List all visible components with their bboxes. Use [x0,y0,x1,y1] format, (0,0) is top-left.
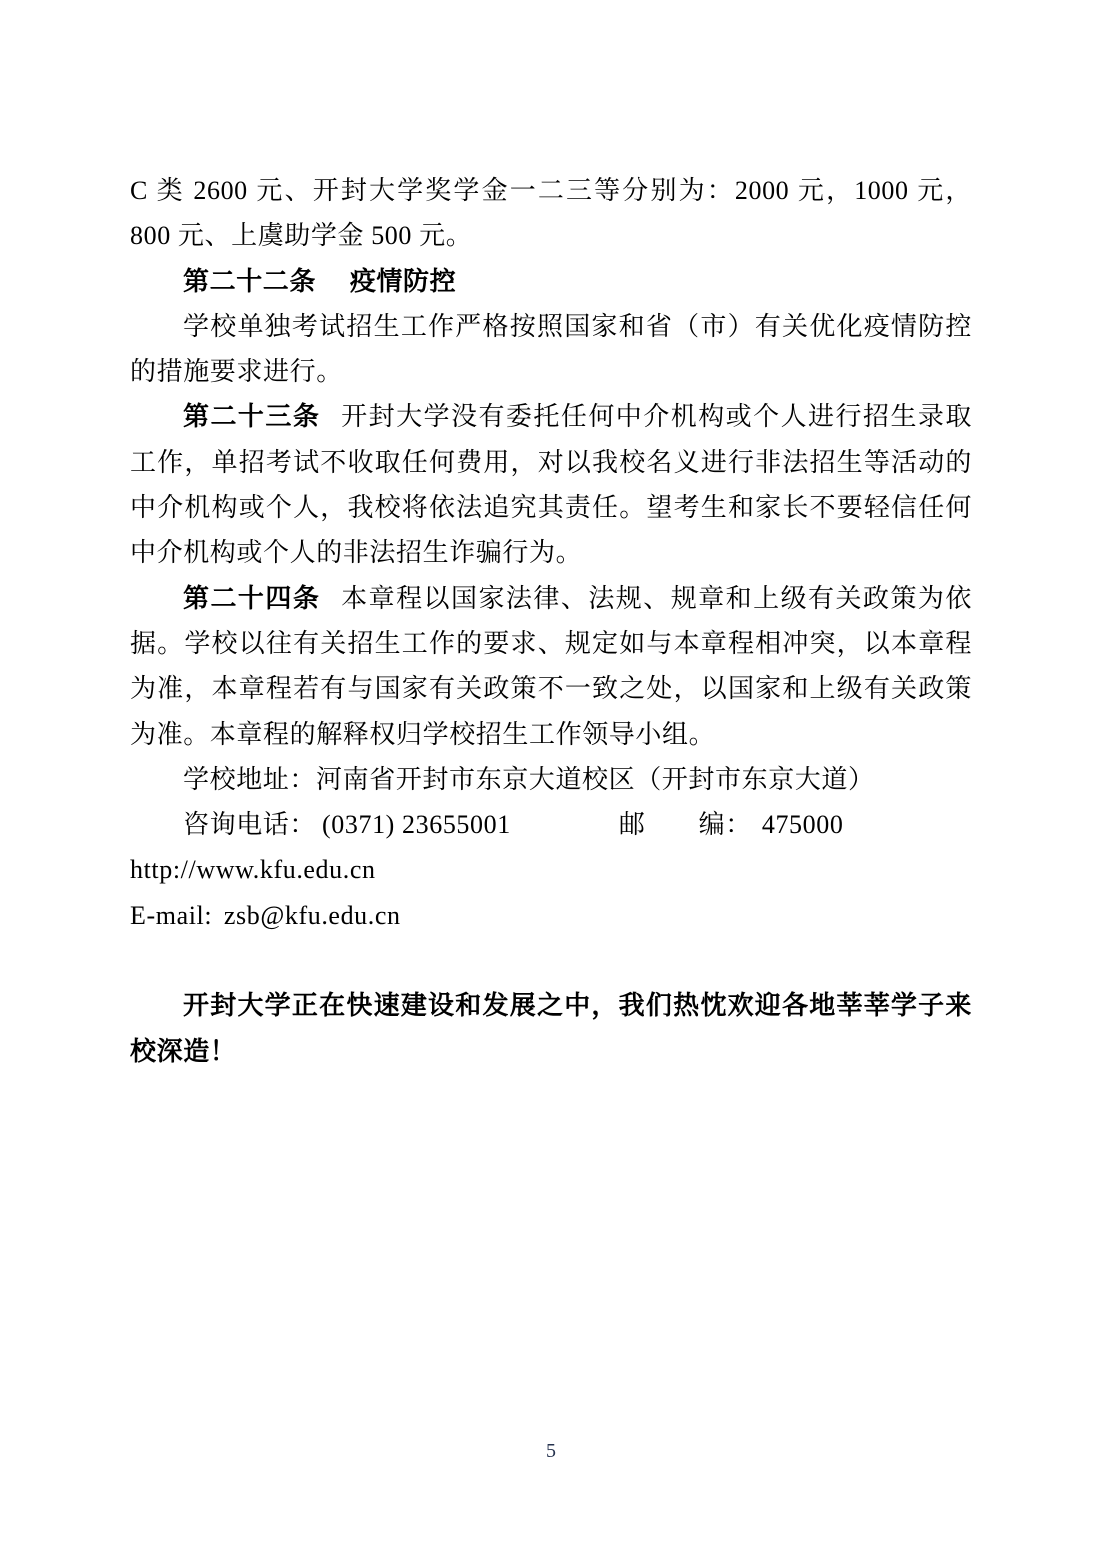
article-23-paragraph: 第二十三条开封大学没有委托任何中介机构或个人进行招生录取工作，单招考试不收取任何… [130,394,972,575]
phone-value: (0371) 23655001 [322,810,511,839]
postal-code-value: 475000 [762,810,844,839]
paragraph-scholarship-continuation: C 类 2600 元、开封大学奖学金一二三等分别为：2000 元，1000 元，… [130,168,972,259]
school-address-line: 学校地址：河南省开封市东京大道校区（开封市东京大道） [130,757,972,802]
email-label: E-mail: [130,901,212,930]
phone-label: 咨询电话： [183,810,316,839]
article-23-term: 第二十三条 [183,402,320,431]
website-line: http://www.kfu.edu.cn [130,847,972,892]
email-line: E-mail:zsb@kfu.edu.cn [130,893,972,938]
article-22-heading: 第二十二条疫情防控 [130,259,972,304]
article-22-term: 第二十二条 [183,267,316,296]
document-body: C 类 2600 元、开封大学奖学金一二三等分别为：2000 元，1000 元，… [130,168,972,1074]
article-24-term: 第二十四条 [183,584,320,613]
article-22-paragraph: 学校单独考试招生工作严格按照国家和省（市）有关优化疫情防控的措施要求进行。 [130,304,972,395]
email-value: zsb@kfu.edu.cn [224,901,401,930]
postal-code-label: 邮 编： [619,810,752,839]
website-url: http://www.kfu.edu.cn [130,855,376,884]
document-page: C 类 2600 元、开封大学奖学金一二三等分别为：2000 元，1000 元，… [0,0,1102,1559]
page-number: 5 [0,1437,1102,1465]
phone-postal-line: 咨询电话：(0371) 23655001邮 编：475000 [130,802,972,847]
article-22-title: 疫情防控 [350,267,456,296]
article-24-paragraph: 第二十四条本章程以国家法律、法规、规章和上级有关政策为依据。学校以往有关招生工作… [130,576,972,757]
closing-paragraph: 开封大学正在快速建设和发展之中，我们热忱欢迎各地莘莘学子来校深造！ [130,983,972,1074]
